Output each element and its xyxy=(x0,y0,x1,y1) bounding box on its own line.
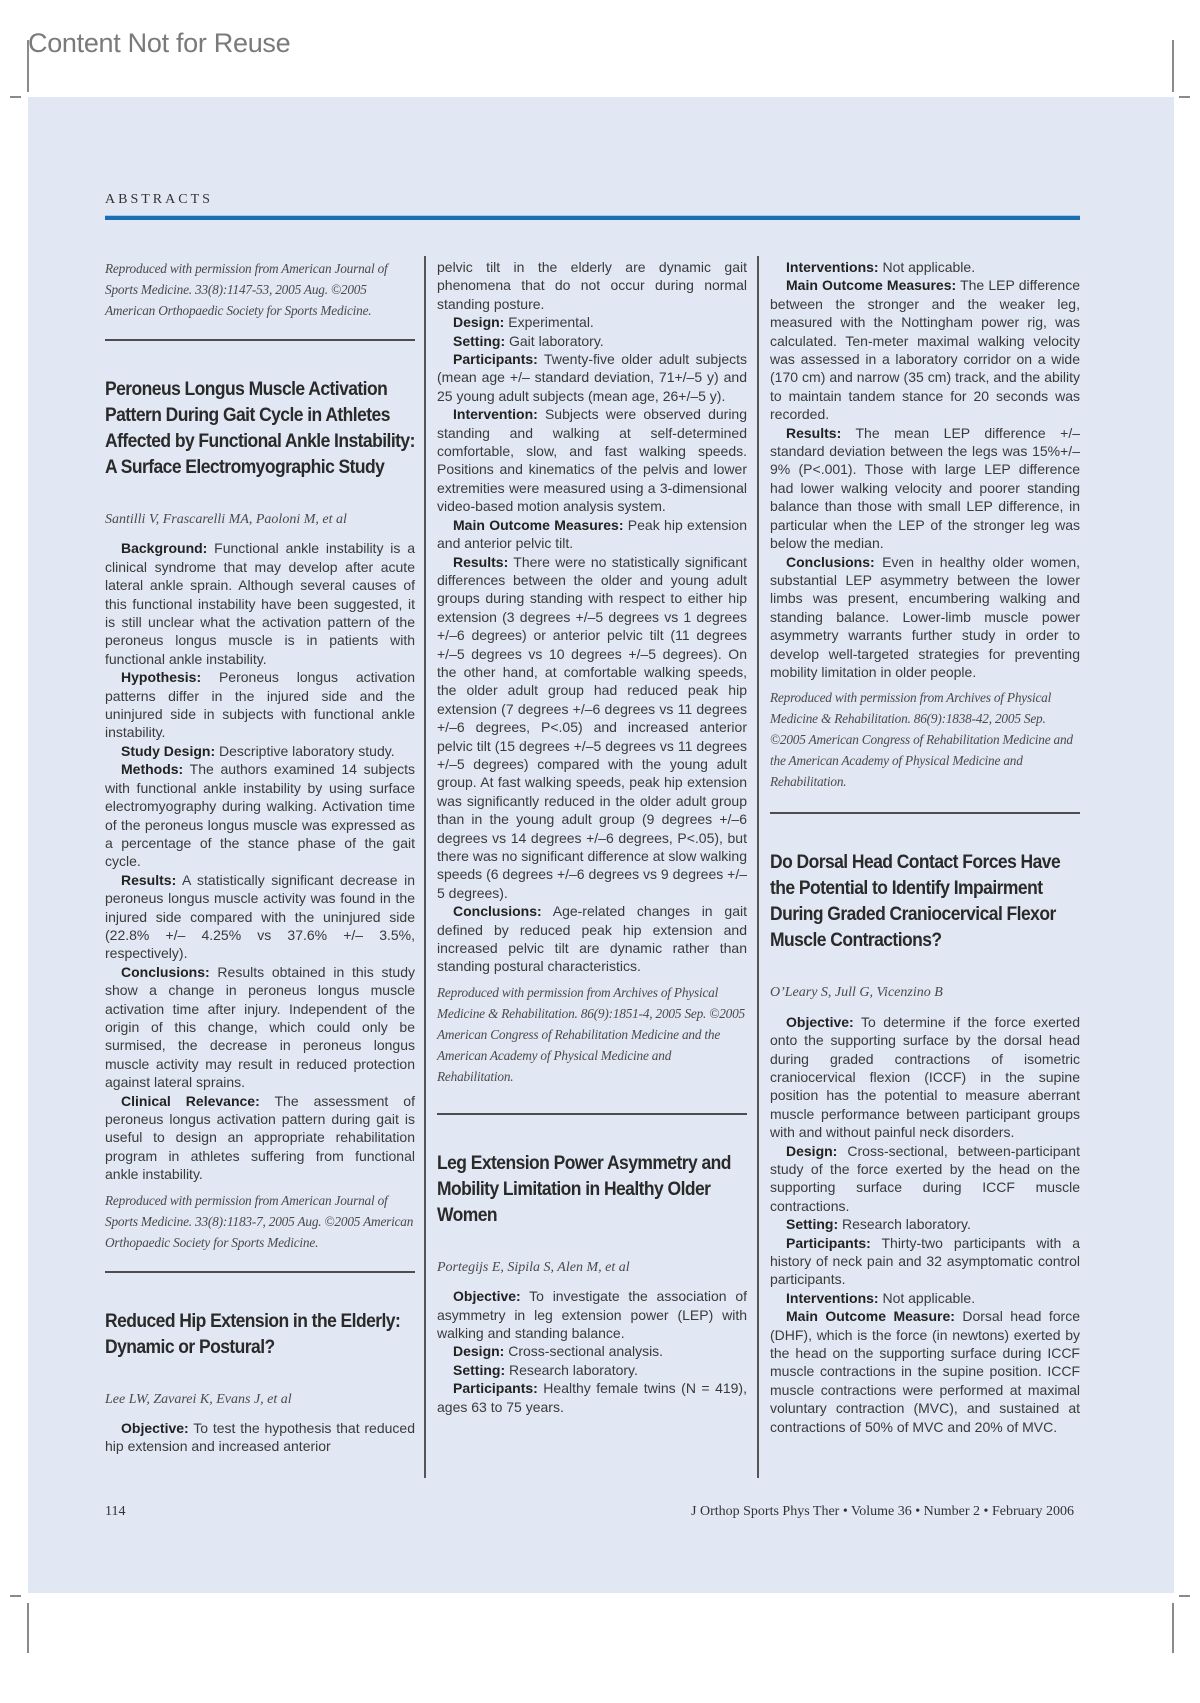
article-separator xyxy=(437,1113,747,1115)
column-divider xyxy=(424,256,426,1478)
article-separator xyxy=(770,812,1080,814)
abstract-objective: Objective: To test the hypothesis that r… xyxy=(105,1419,415,1456)
article-title: Leg Extension Power Asymmetry and Mobili… xyxy=(437,1151,750,1229)
abstract-clinical-relevance: Clinical Relevance: The assessment of pe… xyxy=(105,1092,415,1184)
abstract-interventions: Interventions: Not applicable. xyxy=(770,1289,1080,1307)
abstract-setting: Setting: Research laboratory. xyxy=(437,1361,747,1379)
watermark: Content Not for Reuse xyxy=(28,28,290,59)
abstract-setting: Setting: Gait laboratory. xyxy=(437,332,747,350)
abstract-interventions: Interventions: Not applicable. xyxy=(770,258,1080,276)
abstract-results: Results: There were no statistically sig… xyxy=(437,553,747,903)
article-separator xyxy=(105,339,415,341)
page-number: 114 xyxy=(105,1504,125,1520)
crop-mark xyxy=(1172,1603,1174,1653)
abstract-intervention: Intervention: Subjects were observed dur… xyxy=(437,405,747,515)
abstract-objective: Objective: To determine if the force exe… xyxy=(770,1013,1080,1142)
crop-mark xyxy=(27,40,29,92)
abstract-participants: Participants: Healthy female twins (N = … xyxy=(437,1379,747,1416)
abstract-results: Results: The mean LEP difference +/– sta… xyxy=(770,424,1080,553)
crop-mark xyxy=(10,96,21,98)
abstract-main-outcome: Main Outcome Measure: Dorsal head force … xyxy=(770,1307,1080,1436)
column-1: Reproduced with permission from American… xyxy=(105,258,415,1456)
permission-credit: Reproduced with permission from Archives… xyxy=(437,982,747,1087)
abstract-objective-continued: pelvic tilt in the elderly are dynamic g… xyxy=(437,258,747,313)
column-3: Interventions: Not applicable. Main Outc… xyxy=(770,258,1080,1436)
crop-mark xyxy=(1172,40,1174,92)
abstract-design: Design: Cross-sectional, between-partici… xyxy=(770,1142,1080,1216)
column-divider xyxy=(757,256,759,1478)
article-authors: Portegijs E, Sipila S, Alen M, et al xyxy=(437,1259,747,1277)
permission-credit: Reproduced with permission from American… xyxy=(105,1190,415,1253)
crop-mark xyxy=(27,1603,29,1653)
article-authors: O’Leary S, Jull G, Vicenzino B xyxy=(770,984,1080,1002)
abstract-conclusions: Conclusions: Results obtained in this st… xyxy=(105,963,415,1092)
article-title: Do Dorsal Head Contact Forces Have the P… xyxy=(770,850,1083,954)
abstract-participants: Participants: Twenty-five older adult su… xyxy=(437,350,747,405)
crop-mark xyxy=(1179,1595,1190,1597)
abstract-background: Background: Functional ankle instability… xyxy=(105,539,415,668)
abstract-conclusions: Conclusions: Even in healthy older women… xyxy=(770,553,1080,682)
crop-mark xyxy=(10,1595,21,1597)
abstract-conclusions: Conclusions: Age-related changes in gait… xyxy=(437,902,747,976)
abstract-objective: Objective: To investigate the associatio… xyxy=(437,1287,747,1342)
abstract-results: Results: A statistically significant dec… xyxy=(105,871,415,963)
permission-credit: Reproduced with permission from Archives… xyxy=(770,687,1080,792)
abstract-hypothesis: Hypothesis: Peroneus longus activation p… xyxy=(105,668,415,742)
article-title: Reduced Hip Extension in the Elderly: Dy… xyxy=(105,1309,418,1361)
abstract-setting: Setting: Research laboratory. xyxy=(770,1215,1080,1233)
article-title: Peroneus Longus Muscle Activation Patter… xyxy=(105,377,418,481)
crop-mark xyxy=(1179,96,1190,98)
abstract-participants: Participants: Thirty-two participants wi… xyxy=(770,1234,1080,1289)
abstract-design: Design: Experimental. xyxy=(437,313,747,331)
journal-citation: J Orthop Sports Phys Ther • Volume 36 • … xyxy=(691,1504,1074,1520)
section-heading: ABSTRACTS xyxy=(105,192,213,208)
column-2: pelvic tilt in the elderly are dynamic g… xyxy=(437,258,747,1416)
permission-credit: Reproduced with permission from American… xyxy=(105,258,415,321)
article-authors: Lee LW, Zavarei K, Evans J, et al xyxy=(105,1391,415,1409)
abstract-main-outcome: Main Outcome Measures: The LEP differenc… xyxy=(770,276,1080,423)
abstract-study-design: Study Design: Descriptive laboratory stu… xyxy=(105,742,415,760)
article-separator xyxy=(105,1271,415,1273)
article-authors: Santilli V, Frascarelli MA, Paoloni M, e… xyxy=(105,511,415,529)
header-rule xyxy=(105,215,1080,220)
abstract-main-outcome: Main Outcome Measures: Peak hip extensio… xyxy=(437,516,747,553)
abstract-design: Design: Cross-sectional analysis. xyxy=(437,1342,747,1360)
abstract-methods: Methods: The authors examined 14 subject… xyxy=(105,760,415,870)
